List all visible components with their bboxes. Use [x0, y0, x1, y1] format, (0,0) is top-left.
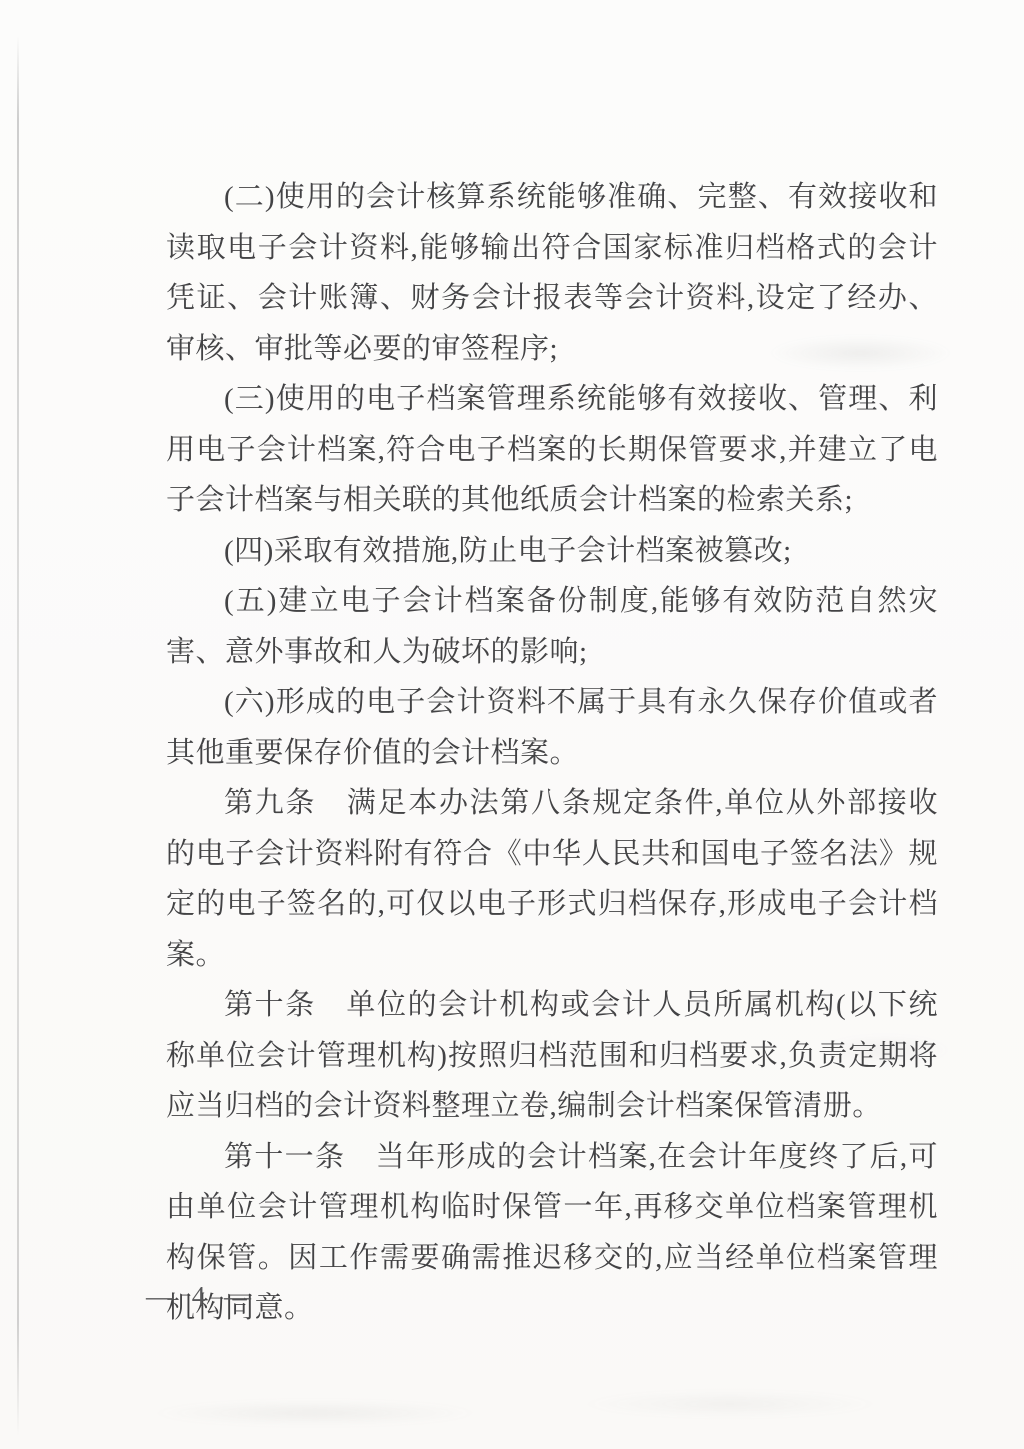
paragraph-item-3: (三)使用的电子档案管理系统能够有效接收、管理、利用电子会计档案,符合电子档案的…	[166, 374, 938, 526]
document-body: (二)使用的会计核算系统能够准确、完整、有效接收和读取电子会计资料,能够输出符合…	[166, 172, 938, 1334]
paragraph-article-11: 第十一条 当年形成的会计档案,在会计年度终了后,可由单位会计管理机构临时保管一年…	[166, 1132, 938, 1334]
paragraph-item-6: (六)形成的电子会计资料不属于具有永久保存价值或者其他重要保存价值的会计档案。	[166, 677, 938, 778]
paragraph-item-5: (五)建立电子会计档案备份制度,能够有效防范自然灾害、意外事故和人为破坏的影响;	[166, 576, 938, 677]
paragraph-item-4: (四)采取有效措施,防止电子会计档案被篡改;	[166, 526, 938, 577]
scan-smudge	[150, 1400, 480, 1426]
page-number: — 4 —	[146, 1281, 257, 1312]
paragraph-article-10: 第十条 单位的会计机构或会计人员所属机构(以下统称单位会计管理机构)按照归档范围…	[166, 980, 938, 1132]
scan-smudge	[580, 1390, 880, 1418]
document-page: (二)使用的会计核算系统能够准确、完整、有效接收和读取电子会计资料,能够输出符合…	[0, 0, 1024, 1449]
paragraph-item-2: (二)使用的会计核算系统能够准确、完整、有效接收和读取电子会计资料,能够输出符合…	[166, 172, 938, 374]
paragraph-article-9: 第九条 满足本办法第八条规定条件,单位从外部接收的电子会计资料附有符合《中华人民…	[166, 778, 938, 980]
scan-edge-artifact	[17, 36, 19, 1436]
